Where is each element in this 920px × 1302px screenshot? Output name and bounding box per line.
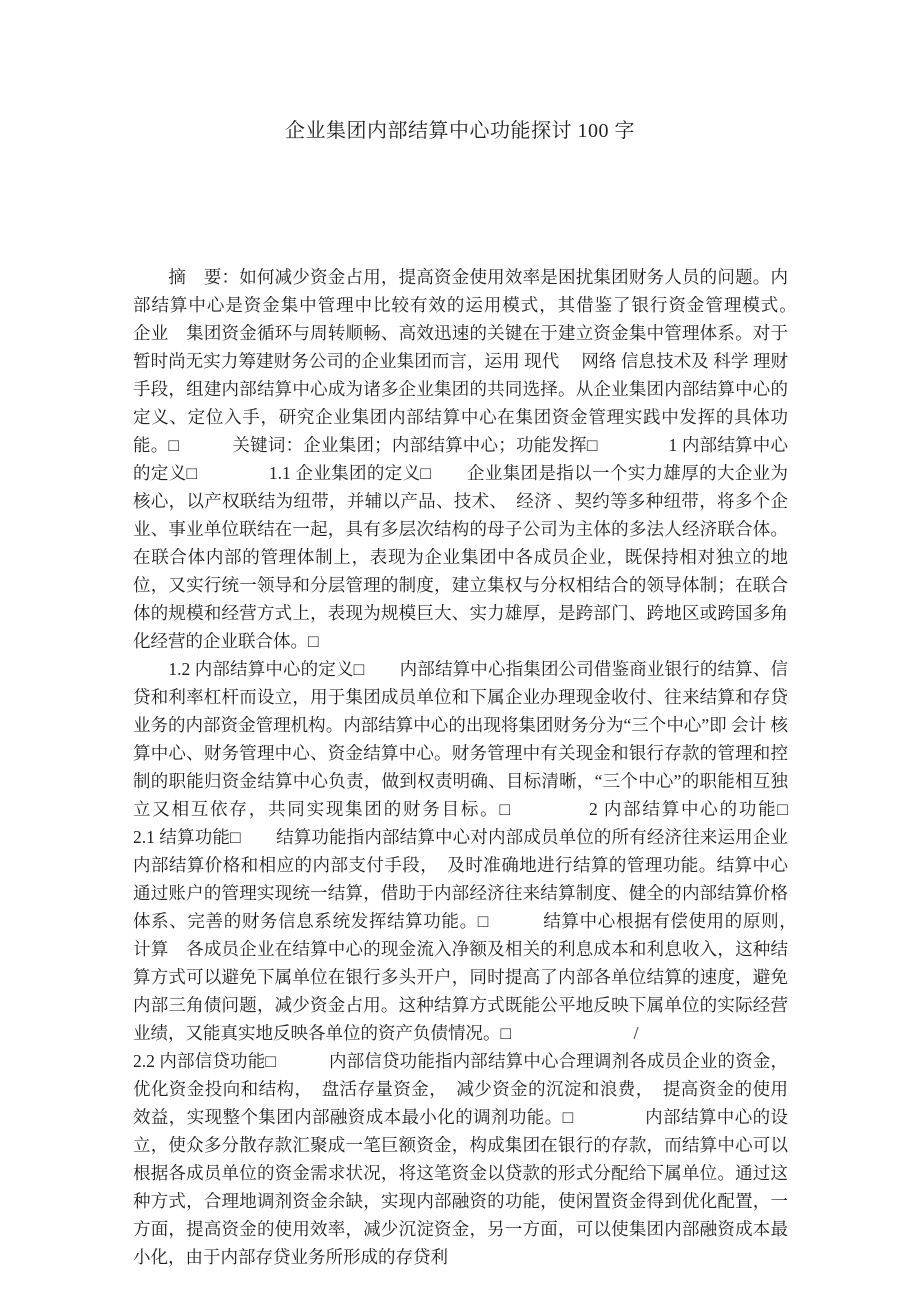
document-body: 摘 要：如何减少资金占用，提高资金使用效率是困扰集团财务人员的问题。内部结算中心… — [133, 263, 788, 1271]
paragraph-abstract-keywords-and-group-definition: 摘 要：如何减少资金占用，提高资金使用效率是困扰集团财务人员的问题。内部结算中心… — [133, 263, 788, 655]
document-title: 企业集团内部结算中心功能探讨 100 字 — [0, 114, 920, 143]
paragraph-internal-credit-function: 2.2 内部信贷功能□ 内部信贷功能指内部结算中心合理调剂各成员企业的资金，优化… — [133, 1047, 788, 1271]
document-page: 企业集团内部结算中心功能探讨 100 字 摘 要：如何减少资金占用，提高资金使用… — [0, 0, 920, 1302]
paragraph-settlement-center-definition-and-settlement-function: 1.2 内部结算中心的定义□ 内部结算中心指集团公司借鉴商业银行的结算、信贷和利… — [133, 655, 788, 1047]
